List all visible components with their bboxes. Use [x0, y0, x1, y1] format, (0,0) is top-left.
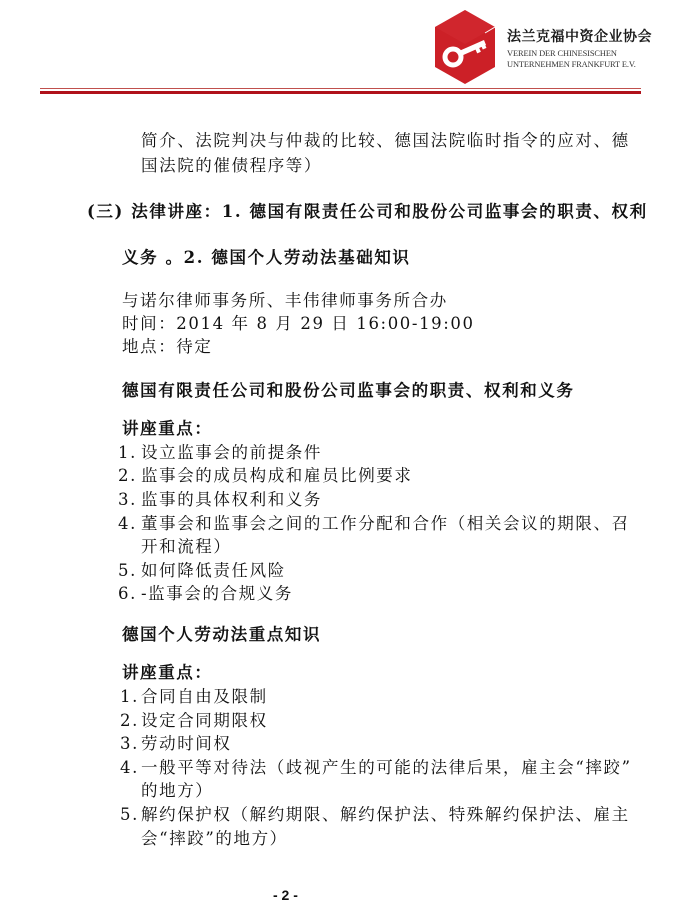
list-item-continuation: 的地方） [141, 777, 213, 801]
intro-line-1: 简介、法院判决与仲裁的比较、德国法院临时指令的应对、德 [141, 127, 630, 151]
list-item: 1.合同自由及限制 [120, 683, 268, 707]
list-item: 5.如何降低责任风险 [118, 557, 286, 581]
list-item: 6.-监事会的合规义务 [118, 580, 293, 604]
page-number: - 2 - [273, 887, 298, 903]
header-rule-thick [40, 91, 641, 94]
lecture1-points-label: 讲座重点： [122, 415, 213, 439]
organizer-text: 与诺尔律师事务所、丰伟律师事务所合办 [122, 287, 448, 311]
lecture2-points-label: 讲座重点： [122, 659, 213, 683]
section-heading-line-1: (三) 法律讲座：1. 德国有限责任公司和股份公司监事会的职责、权利 [87, 198, 648, 222]
list-item-continuation: 会“摔跤”的地方） [141, 825, 288, 849]
logo-key-icon [435, 10, 495, 84]
list-item-continuation: 开和流程） [141, 533, 232, 557]
lecture2-title: 德国个人劳动法重点知识 [122, 621, 321, 645]
list-item: 5.解约保护权（解约期限、解约保护法、特殊解约保护法、雇主 [120, 801, 630, 825]
org-name-de-line2: UNTERNEHMEN FRANKFURT E.V. [507, 60, 636, 69]
section-heading-line-2: 义务 。2. 德国个人劳动法基础知识 [122, 244, 411, 268]
list-item: 4.董事会和监事会之间的工作分配和合作（相关会议的期限、召 [118, 510, 630, 534]
lecture1-title: 德国有限责任公司和股份公司监事会的职责、权利和义务 [122, 377, 575, 401]
time-text: 时间：2014 年 8 月 29 日 16:00-19:00 [122, 310, 475, 334]
org-name-cn: 法兰克福中资企业协会 [507, 26, 652, 46]
list-item: 2.设定合同期限权 [120, 707, 268, 731]
list-item: 1.设立监事会的前提条件 [118, 439, 322, 463]
list-item: 3.劳动时间权 [120, 730, 232, 754]
list-item: 3.监事的具体权利和义务 [118, 486, 322, 510]
intro-line-2: 国法院的催债程序等） [141, 152, 322, 176]
location-text: 地点：待定 [122, 333, 213, 357]
list-item: 4.一般平等对待法（歧视产生的可能的法律后果，雇主会“摔跤” [120, 754, 632, 778]
org-name-de-line1: VEREIN DER CHINESISCHEN [507, 49, 617, 58]
header-rule-thin [40, 88, 641, 89]
list-item: 2.监事会的成员构成和雇员比例要求 [118, 462, 413, 486]
